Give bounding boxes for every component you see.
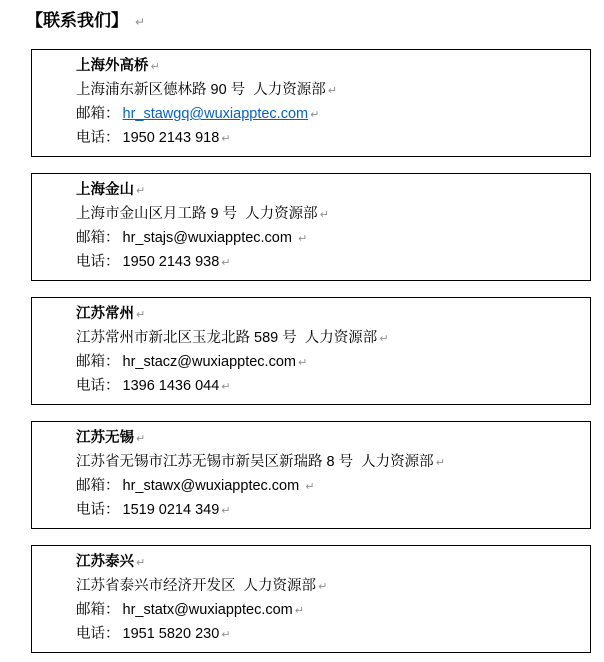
contact-card-jiangsu-wuxi: 江苏无锡↵ 江苏省无锡市江苏无锡市新吴区新瑞路 8 号 人力资源部↵ 邮箱：hr… bbox=[31, 421, 591, 529]
return-mark-icon: ↵ bbox=[135, 12, 145, 32]
phone-number: 1950 2143 918 bbox=[123, 130, 220, 146]
address-text: 上海市金山区月工路 9 号 人力资源部 bbox=[76, 206, 318, 222]
return-mark-icon: ↵ bbox=[318, 576, 327, 599]
phone-label: 电话： bbox=[76, 626, 120, 642]
email-text: hr_stawx@wuxiapptec.com bbox=[123, 478, 304, 494]
address-text: 上海浦东新区德林路 90 号 人力资源部 bbox=[76, 82, 326, 98]
location-name: 江苏无锡 bbox=[76, 430, 134, 446]
phone-label: 电话： bbox=[76, 378, 120, 394]
email-label: 邮箱： bbox=[76, 602, 120, 618]
location-name: 上海金山 bbox=[76, 182, 134, 198]
address-text: 江苏省泰兴市经济开发区 人力资源部 bbox=[76, 578, 316, 594]
return-mark-icon: ↵ bbox=[221, 252, 230, 275]
phone-number: 1519 0214 349 bbox=[123, 502, 220, 518]
email-label: 邮箱： bbox=[76, 354, 120, 370]
return-mark-icon: ↵ bbox=[136, 180, 145, 203]
return-mark-icon: ↵ bbox=[298, 352, 307, 375]
address-text: 江苏省无锡市江苏无锡市新吴区新瑞路 8 号 人力资源部 bbox=[76, 454, 434, 470]
return-mark-icon: ↵ bbox=[328, 80, 337, 103]
return-mark-icon: ↵ bbox=[221, 128, 230, 151]
contact-card-jiangsu-taixing: 江苏泰兴↵ 江苏省泰兴市经济开发区 人力资源部↵ 邮箱：hr_statx@wux… bbox=[31, 545, 591, 653]
contact-card-shanghai-jinshan: 上海金山↵ 上海市金山区月工路 9 号 人力资源部↵ 邮箱：hr_stajs@w… bbox=[31, 173, 591, 281]
address-text: 江苏常州市新北区玉龙北路 589 号 人力资源部 bbox=[76, 330, 377, 346]
email-text: hr_statx@wuxiapptec.com bbox=[123, 602, 293, 618]
phone-number: 1951 5820 230 bbox=[123, 626, 220, 642]
return-mark-icon: ↵ bbox=[320, 204, 329, 227]
return-mark-icon: ↵ bbox=[221, 624, 230, 647]
email-label: 邮箱： bbox=[76, 106, 120, 122]
location-name: 江苏常州 bbox=[76, 306, 134, 322]
phone-label: 电话： bbox=[76, 502, 120, 518]
email-link[interactable]: hr_stawgq@wuxiapptec.com bbox=[123, 106, 309, 122]
contact-card-shanghai-waigaoqiao: 上海外高桥↵ 上海浦东新区德林路 90 号 人力资源部↵ 邮箱：hr_stawg… bbox=[31, 49, 591, 157]
return-mark-icon: ↵ bbox=[151, 56, 160, 79]
email-text: hr_stacz@wuxiapptec.com bbox=[123, 354, 296, 370]
email-label: 邮箱： bbox=[76, 478, 120, 494]
location-name: 江苏泰兴 bbox=[76, 554, 134, 570]
phone-number: 1950 2143 938 bbox=[123, 254, 220, 270]
phone-label: 电话： bbox=[76, 254, 120, 270]
email-text: hr_stajs@wuxiapptec.com bbox=[123, 230, 296, 246]
return-mark-icon: ↵ bbox=[136, 304, 145, 327]
return-mark-icon: ↵ bbox=[305, 476, 314, 499]
return-mark-icon: ↵ bbox=[221, 500, 230, 523]
phone-number: 1396 1436 044 bbox=[123, 378, 220, 394]
return-mark-icon: ↵ bbox=[136, 428, 145, 451]
return-mark-icon: ↵ bbox=[436, 452, 445, 475]
page-title-text: 【联系我们】 bbox=[26, 11, 128, 30]
return-mark-icon: ↵ bbox=[379, 328, 388, 351]
page-title: 【联系我们】↵ bbox=[26, 11, 604, 32]
return-mark-icon: ↵ bbox=[295, 600, 304, 623]
location-name: 上海外高桥 bbox=[76, 58, 149, 74]
return-mark-icon: ↵ bbox=[310, 104, 319, 127]
email-label: 邮箱： bbox=[76, 230, 120, 246]
return-mark-icon: ↵ bbox=[136, 552, 145, 575]
contact-card-jiangsu-changzhou: 江苏常州↵ 江苏常州市新北区玉龙北路 589 号 人力资源部↵ 邮箱：hr_st… bbox=[31, 297, 591, 405]
return-mark-icon: ↵ bbox=[221, 376, 230, 399]
return-mark-icon: ↵ bbox=[298, 228, 307, 251]
phone-label: 电话： bbox=[76, 130, 120, 146]
